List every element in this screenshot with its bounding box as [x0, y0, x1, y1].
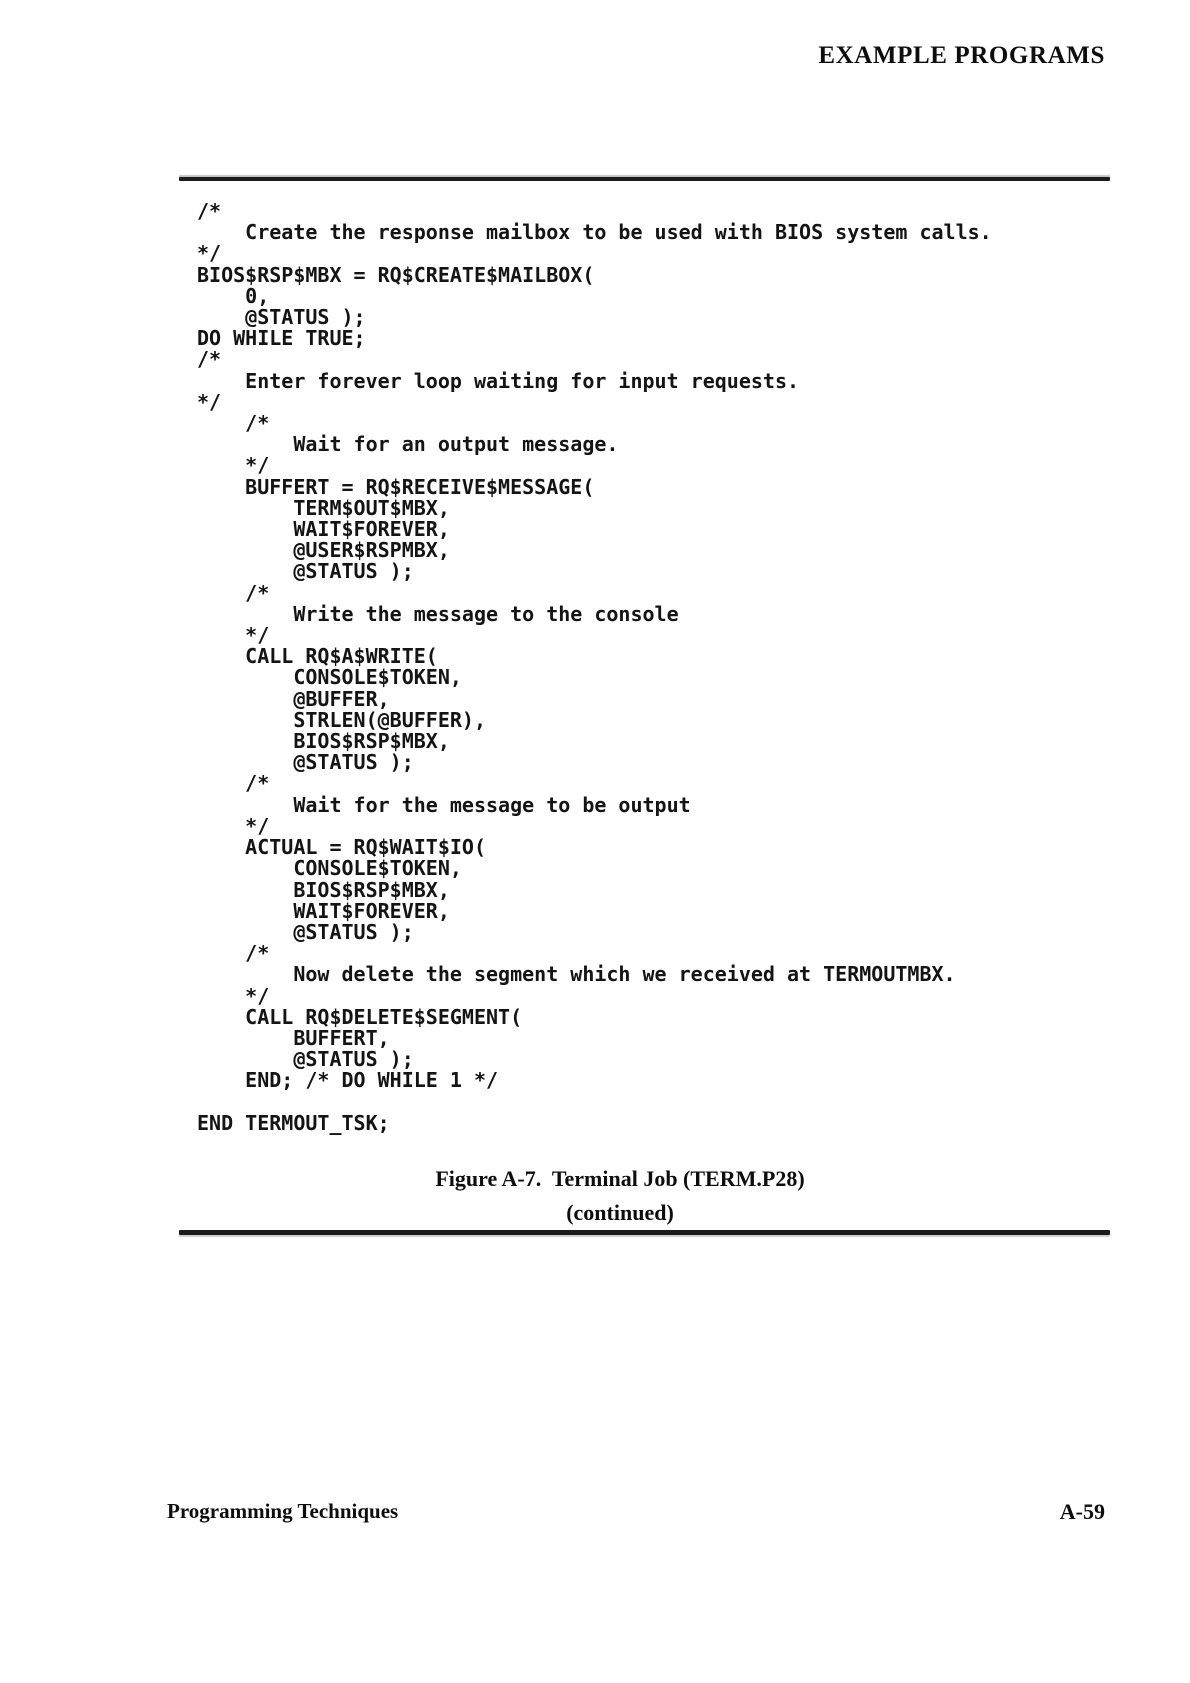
bottom-horizontal-rule: [179, 1230, 1110, 1235]
footer-section-title: Programming Techniques: [167, 1499, 398, 1524]
code-listing: /* Create the response mailbox to be use…: [197, 201, 992, 1134]
top-horizontal-rule: [179, 177, 1110, 181]
figure-caption: Figure A-7. Terminal Job (TERM.P28): [140, 1166, 1100, 1192]
footer-page-number: A-59: [905, 1499, 1105, 1525]
page-header-title: EXAMPLE PROGRAMS: [180, 42, 1105, 70]
figure-caption-continued: (continued): [140, 1200, 1100, 1226]
document-page: EXAMPLE PROGRAMS /* Create the response …: [0, 0, 1190, 1683]
